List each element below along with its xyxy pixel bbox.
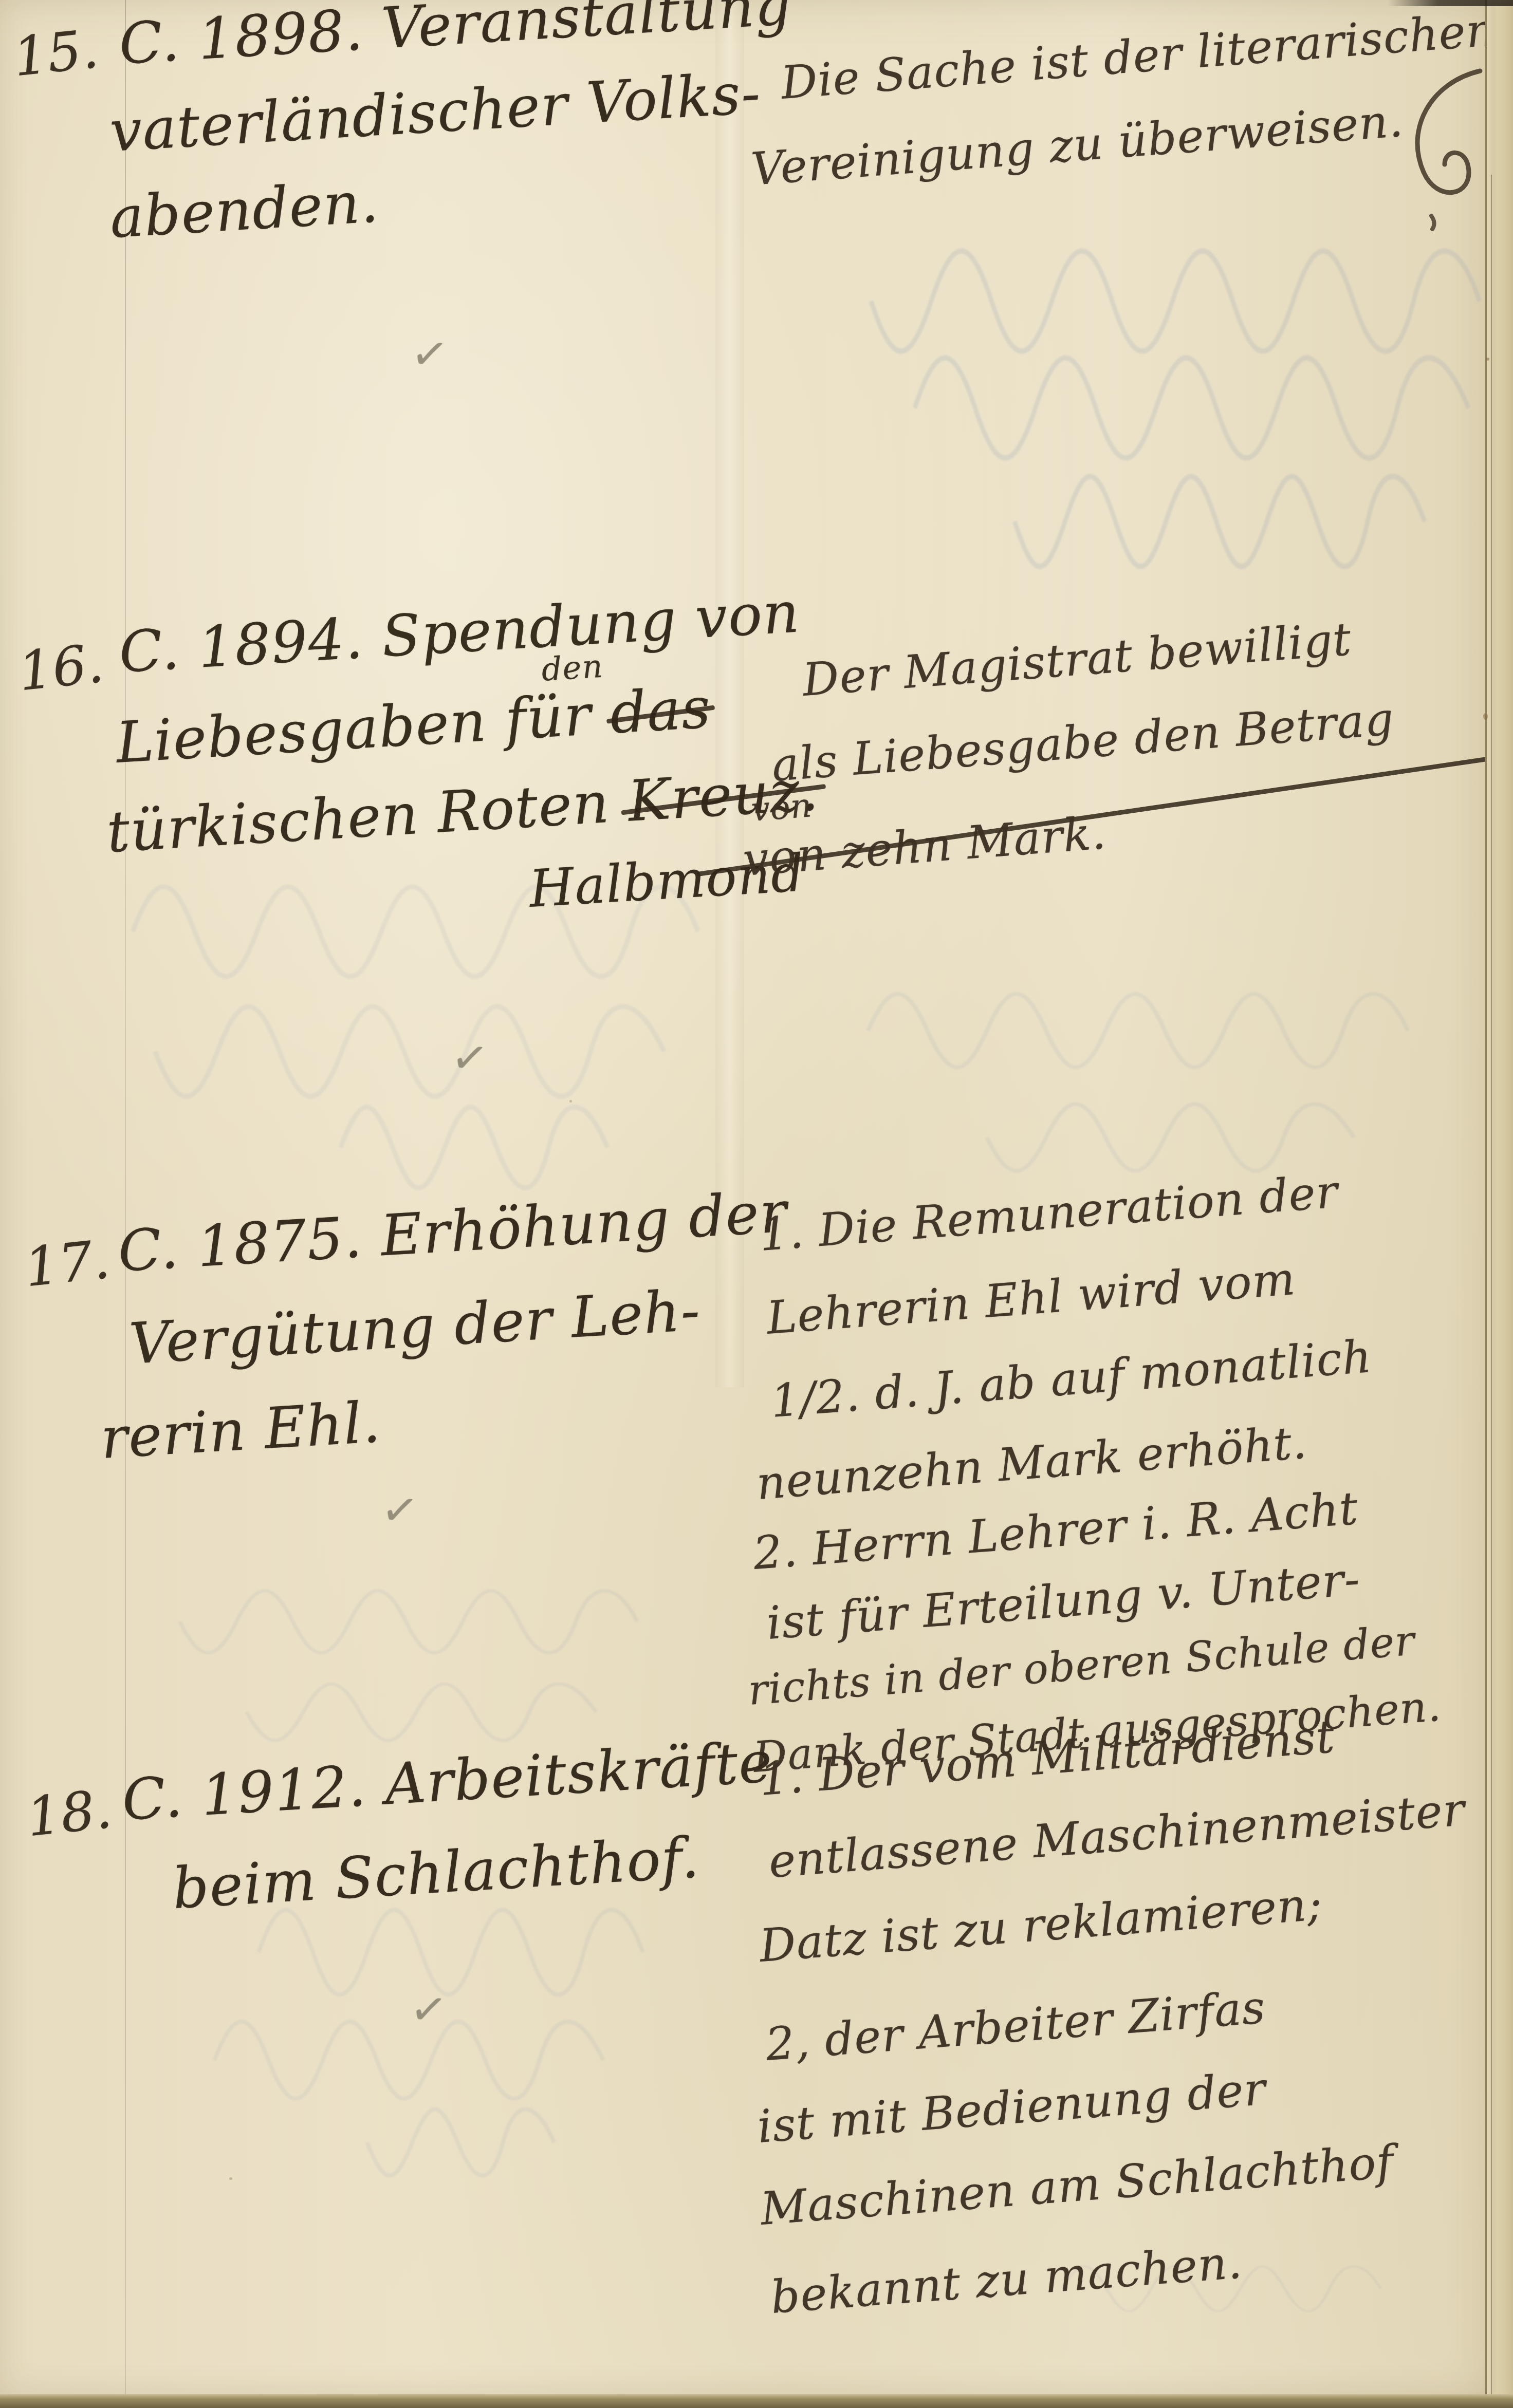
- entry-18-note-line: 2, der Arbeiter Zirfas: [764, 1981, 1267, 2071]
- entry-18-note-line: Maschinen am Schlachthof: [759, 2135, 1395, 2235]
- foxing-speck: [1486, 358, 1489, 361]
- ink-flourish: [1395, 62, 1493, 231]
- check-mark: ✓: [448, 1030, 491, 1086]
- bleed-through-text: [31, 1546, 648, 1772]
- entry-16-number: 16.: [15, 632, 106, 703]
- struck-word: das: [608, 675, 713, 746]
- page-edge: [1485, 0, 1513, 2408]
- entry-15-title-line: vaterländischer Volks-: [108, 60, 763, 164]
- bleed-through-text: [62, 1870, 653, 2178]
- entry-17-note-line: Lehrerin Ehl wird vom: [765, 1252, 1297, 1345]
- entry-16-title-line: Liebesgaben für dasden: [114, 675, 713, 776]
- page-fold-line: [1491, 175, 1492, 2408]
- binding-shadow: [1388, 0, 1513, 6]
- entry-17-title-line: rerin Ehl.: [99, 1389, 382, 1471]
- check-mark: ✓: [408, 326, 451, 382]
- entry-15-title-line: abenden.: [108, 169, 380, 251]
- check-mark: ✓: [407, 1982, 450, 2038]
- foxing-speck: [1483, 713, 1488, 720]
- entry-15-note-line: Vereinigung zu überweisen.: [749, 94, 1405, 196]
- ledger-page: 15. C. 1898. Veranstaltung vaterländisch…: [0, 0, 1513, 2408]
- entry-17-note-line: 1/2. d. J. ab auf monatlich: [769, 1330, 1374, 1428]
- foxing-speck: [569, 1100, 572, 1103]
- foxing-speck: [229, 2177, 232, 2180]
- entry-18-note-line: entlassene Maschinenmeister: [767, 1783, 1467, 1888]
- page-bottom-edge: [0, 2394, 1513, 2408]
- page-crease: [715, 0, 744, 1387]
- check-mark: ✓: [378, 1482, 421, 1538]
- entry-16-title-line: C. 1894. Spendung von: [117, 579, 801, 685]
- entry-17-number: 17.: [22, 1228, 113, 1299]
- entry-16-note-line: Der Magistrat bewilligt: [801, 612, 1353, 706]
- entry-18-number: 18.: [24, 1778, 115, 1849]
- entry-17-title-line: Vergütung der Leh-: [127, 1277, 702, 1377]
- entry-18-note-line: ist mit Bedienung der: [755, 2062, 1268, 2153]
- bleed-through-text: [833, 221, 1490, 622]
- inserted-word: den: [540, 647, 604, 688]
- entry-15-number: 15.: [10, 17, 101, 89]
- entry-15-note-line: Die Sache ist der literarischen: [779, 3, 1497, 109]
- entry-16-title-text: Liebesgaben für: [114, 681, 612, 776]
- entry-18-note-line: Datz ist zu reklamieren;: [758, 1877, 1324, 1972]
- foxing-speck: [1297, 1594, 1300, 1596]
